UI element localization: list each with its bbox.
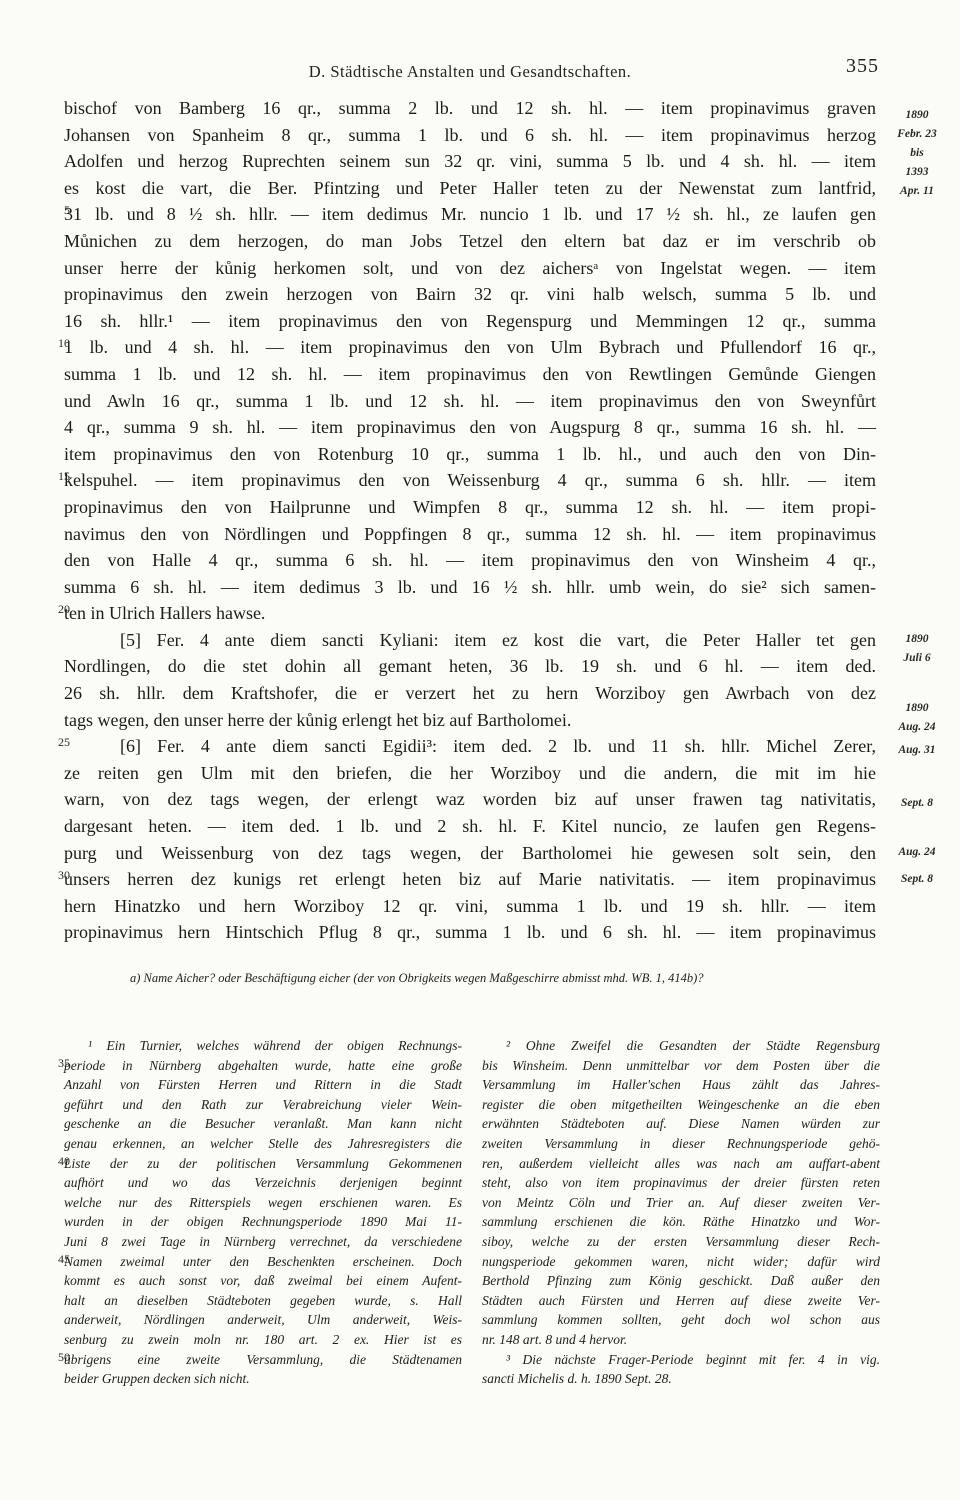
margin-date-line: Febr. 23	[878, 125, 956, 144]
footnote-line: halt an dieselben Städteboten gegeben wu…	[64, 1291, 462, 1311]
footnote-line: ren, außerdem vielleicht alles was nach …	[482, 1154, 880, 1174]
text-line: propinavimus hern Hintschich Pflug 8 qr.…	[64, 919, 876, 946]
footnote-line: zweiten Versammlung in dieser Rechnungsp…	[482, 1134, 880, 1154]
footnote-line: Berthold Pfinzing zum König geschickt. D…	[482, 1271, 880, 1291]
text-line: [6] Fer. 4 ante diem sancti Egidii³: ite…	[64, 733, 876, 760]
main-text-block: bischof von Bamberg 16 qr., summa 2 lb. …	[64, 95, 876, 946]
line-number: 30	[44, 868, 70, 883]
margin-date-line: Juli 6	[878, 649, 956, 668]
footnote-line: welche nur des Ritterspiels wegen erschi…	[64, 1193, 462, 1213]
footnote-line: anderweit, Nördlingen anderweit, Ulm and…	[64, 1310, 462, 1330]
footnote-line: genau erkennen, an welcher Stelle des Ja…	[64, 1134, 462, 1154]
margin-date-note: 1890Juli 6	[878, 630, 956, 668]
line-number: 15	[44, 469, 70, 484]
text-line: unser herre der kůnig herkomen solt, und…	[64, 255, 876, 282]
margin-date-line: Sept. 8	[878, 870, 956, 889]
text-line: hern Hinatzko und hern Worziboy 12 qr. v…	[64, 893, 876, 920]
line-number: 25	[44, 735, 70, 750]
margin-date-note: Sept. 8	[878, 794, 956, 813]
text-line: bischof von Bamberg 16 qr., summa 2 lb. …	[64, 95, 876, 122]
footnote-line: aufhört und wo das Verzeichnis derjenige…	[64, 1173, 462, 1193]
text-line: es kost die vart, die Ber. Pfintzing und…	[64, 175, 876, 202]
text-line: unsers herren dez kunigs ret erlengt het…	[64, 866, 876, 893]
footnote-a: a) Name Aicher? oder Beschäftigung eiche…	[130, 971, 870, 986]
footnote-line: Anzahl von Fürsten Herren und Rittern in…	[64, 1075, 462, 1095]
footnote-line: wurden in der obigen Rechnungsperiode 18…	[64, 1212, 462, 1232]
footnote-line: nungsperiode gekommen waren, nicht wider…	[482, 1252, 880, 1272]
footnote-line: Juni 8 zwei Tage in Nürnberg verrechnet,…	[64, 1232, 462, 1252]
footnote-line: erwähnten Städteboten auf. Diese Namen w…	[482, 1114, 880, 1134]
text-line: 31 lb. und 8 ½ sh. hllr. — item dedimus …	[64, 201, 876, 228]
margin-date-note: Aug. 31	[878, 741, 956, 760]
text-line: summa 1 lb. und 12 sh. hl. — item propin…	[64, 361, 876, 388]
footnote-line: geführt und den Rath zur Verabreichung v…	[64, 1095, 462, 1115]
text-line: und Awln 16 qr., summa 1 lb. und 12 sh. …	[64, 388, 876, 415]
text-line: [5] Fer. 4 ante diem sancti Kyliani: ite…	[64, 627, 876, 654]
line-number: 5	[44, 203, 70, 218]
margin-date-line: 1890	[878, 106, 956, 125]
footnote-line: siboy, welche zu der ersten Versammlung …	[482, 1232, 880, 1252]
footnote-line: ³ Die nächste Frager-Periode beginnt mit…	[482, 1350, 880, 1370]
footnote-line: Städten auch Fürsten und Herren auf dies…	[482, 1291, 880, 1311]
line-number: 20	[44, 602, 70, 617]
footnote-column-left: ¹ Ein Turnier, welches während der obige…	[64, 1036, 462, 1389]
text-line: item propinavimus den von Rotenburg 10 q…	[64, 441, 876, 468]
margin-date-line: 1393	[878, 163, 956, 182]
footnote-line: sammlung kommen sollten, geht doch wol s…	[482, 1310, 880, 1330]
footnote-line: sammlung erschienen die kön. Räthe Hinat…	[482, 1212, 880, 1232]
footnote-line: von Meintz Cöln und Trier an. Auf dieser…	[482, 1193, 880, 1213]
margin-date-note: 1890Aug. 24	[878, 699, 956, 737]
text-line: dargesant heten. — item ded. 1 lb. und 2…	[64, 813, 876, 840]
margin-date-line: bis	[878, 144, 956, 163]
footnote-line: Liste der zu der politischen Versammlung…	[64, 1154, 462, 1174]
margin-date-line: Aug. 31	[878, 741, 956, 760]
margin-date-note: 1890Febr. 23bis1393Apr. 11	[878, 106, 956, 201]
text-line: Nordlingen, do die stet dohin all gemant…	[64, 653, 876, 680]
margin-date-line: Apr. 11	[878, 182, 956, 201]
text-line: navimus den von Nördlingen und Poppfinge…	[64, 521, 876, 548]
footnote-line: ¹ Ein Turnier, welches während der obige…	[64, 1036, 462, 1056]
text-line: summa 6 sh. hl. — item dedimus 3 lb. und…	[64, 574, 876, 601]
text-line: 1 lb. und 4 sh. hl. — item propinavimus …	[64, 334, 876, 361]
text-line: 16 sh. hllr.¹ — item propinavimus den vo…	[64, 308, 876, 335]
margin-date-note: Aug. 24	[878, 843, 956, 862]
footnote-line: senburg zu zwein moln nr. 180 art. 2 ex.…	[64, 1330, 462, 1350]
book-page: D. Städtische Anstalten und Gesandtschaf…	[0, 0, 960, 1500]
text-line: purg und Weissenburg von dez tags wegen,…	[64, 840, 876, 867]
text-line: Můnichen zu dem herzogen, do man Jobs Te…	[64, 228, 876, 255]
footnote-line: ² Ohne Zweifel die Gesandten der Städte …	[482, 1036, 880, 1056]
margin-date-line: 1890	[878, 699, 956, 718]
margin-date-line: Aug. 24	[878, 843, 956, 862]
footnote-line: register die oben mitgetheilten Weingesc…	[482, 1095, 880, 1115]
text-line: ten in Ulrich Hallers hawse.	[64, 600, 876, 627]
footnote-line: Versammlung im Haller'schen Haus zählt d…	[482, 1075, 880, 1095]
text-line: warn, von dez tags wegen, der erlengt wa…	[64, 786, 876, 813]
text-line: ze reiten gen Ulm mit den briefen, die h…	[64, 760, 876, 787]
footnote-line: kommt es auch sonst vor, daß zweimal bei…	[64, 1271, 462, 1291]
footnote-line: periode in Nürnberg abgehalten wurde, ha…	[64, 1056, 462, 1076]
margin-date-note: Sept. 8	[878, 870, 956, 889]
footnote-line: bis Winsheim. Denn unmittelbar vor dem P…	[482, 1056, 880, 1076]
margin-date-line: Aug. 24	[878, 718, 956, 737]
margin-date-line: 1890	[878, 630, 956, 649]
text-line: propinavimus den zwein herzogen von Bair…	[64, 281, 876, 308]
footnote-column-right: ² Ohne Zweifel die Gesandten der Städte …	[482, 1036, 880, 1389]
text-line: den von Halle 4 qr., summa 6 sh. hl. — i…	[64, 547, 876, 574]
text-line: 26 sh. hllr. dem Kraftshofer, die er ver…	[64, 680, 876, 707]
footnote-line: geschenke an die Besucher veranlaßt. Man…	[64, 1114, 462, 1134]
text-line: Johansen von Spanheim 8 qr., summa 1 lb.…	[64, 122, 876, 149]
text-line: 4 qr., summa 9 sh. hl. — item propinavim…	[64, 414, 876, 441]
footnote-line: übrigens eine zweite Versammlung, die St…	[64, 1350, 462, 1370]
margin-date-line: Sept. 8	[878, 794, 956, 813]
text-line: tags wegen, den unser herre der kůnig er…	[64, 707, 876, 734]
footnote-line: steht, also von item propinavimus der dr…	[482, 1173, 880, 1193]
line-number: 10	[44, 336, 70, 351]
text-line: propinavimus den von Hailprunne und Wimp…	[64, 494, 876, 521]
footnote-line: beider Gruppen decken sich nicht.	[64, 1369, 462, 1389]
page-number: 355	[846, 55, 906, 78]
footnote-line: Namen zweimal unter den Beschenkten ersc…	[64, 1252, 462, 1272]
footnote-line: nr. 148 art. 8 und 4 hervor.	[482, 1330, 880, 1350]
text-line: Adolfen und herzog Ruprechten seinem sun…	[64, 148, 876, 175]
running-header: D. Städtische Anstalten und Gesandtschaf…	[64, 62, 876, 82]
text-line: kelspuhel. — item propinavimus den von W…	[64, 467, 876, 494]
footnote-line: sancti Michelis d. h. 1890 Sept. 28.	[482, 1369, 880, 1389]
